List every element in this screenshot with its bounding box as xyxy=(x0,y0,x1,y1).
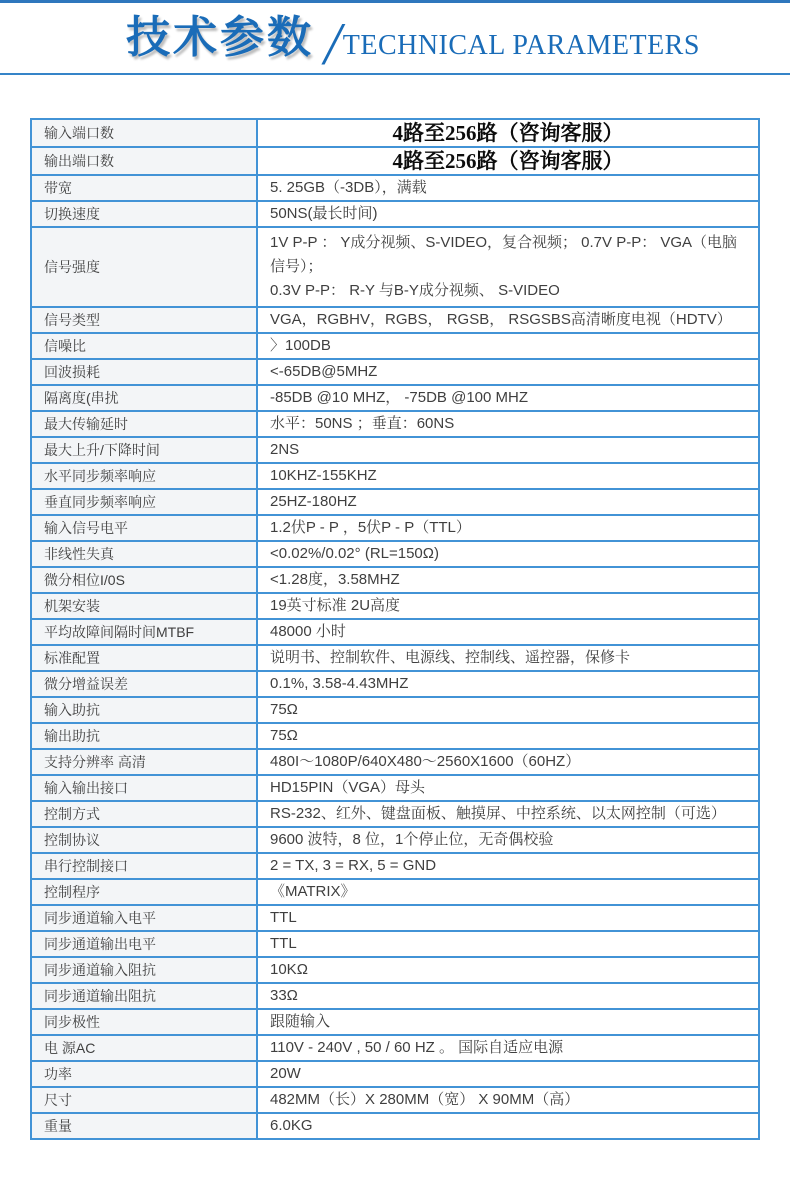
param-label: 输入助抗 xyxy=(31,697,257,723)
param-value: 〉100DB xyxy=(257,333,759,359)
param-value: 2 = TX, 3 = RX, 5 = GND xyxy=(257,853,759,879)
spec-row: 同步通道输出电平TTL xyxy=(31,931,759,957)
param-value: 4路至256路（咨询客服） xyxy=(257,119,759,147)
param-label: 信号类型 xyxy=(31,307,257,333)
param-value: 25HZ-180HZ xyxy=(257,489,759,515)
param-value: 水平：50NS ；垂直：60NS xyxy=(257,411,759,437)
param-value: 19英寸标准 2U高度 xyxy=(257,593,759,619)
spec-row: 信号类型VGA，RGBHV，RGBS， RGSB， RSGSBS高清晰度电视（H… xyxy=(31,307,759,333)
spec-row: 输出助抗75Ω xyxy=(31,723,759,749)
param-value: <0.02%/0.02° (RL=150Ω) xyxy=(257,541,759,567)
page-title-chinese: 技术参数 xyxy=(126,16,314,60)
page-title-english: TECHNICAL PARAMETERS xyxy=(343,32,700,60)
param-value: 20W xyxy=(257,1061,759,1087)
param-label: 电 源AC xyxy=(31,1035,257,1061)
param-value: 482MM（长）X 280MM（宽） X 90MM（高） xyxy=(257,1087,759,1113)
param-value: 75Ω xyxy=(257,697,759,723)
param-value: -85DB @10 MHZ， -75DB @100 MHZ xyxy=(257,385,759,411)
param-value: VGA，RGBHV，RGBS， RGSB， RSGSBS高清晰度电视（HDTV） xyxy=(257,307,759,333)
param-value: 48000 小时 xyxy=(257,619,759,645)
param-label: 同步通道输出阻抗 xyxy=(31,983,257,1009)
param-label: 隔离度(串扰 xyxy=(31,385,257,411)
param-label: 控制方式 xyxy=(31,801,257,827)
param-value: 2NS xyxy=(257,437,759,463)
param-value: 10KHZ-155KHZ xyxy=(257,463,759,489)
param-value: HD15PIN（VGA）母头 xyxy=(257,775,759,801)
param-label: 带宽 xyxy=(31,175,257,201)
param-value: 480I～1080P/640X480～2560X1600（60HZ） xyxy=(257,749,759,775)
param-label: 输出端口数 xyxy=(31,147,257,175)
param-label: 控制程序 xyxy=(31,879,257,905)
param-label: 输入信号电平 xyxy=(31,515,257,541)
param-label: 非线性失真 xyxy=(31,541,257,567)
spec-row: 重量6.0KG xyxy=(31,1113,759,1139)
spec-row: 电 源AC110V - 240V , 50 / 60 HZ 。 国际自适应电源 xyxy=(31,1035,759,1061)
spec-row: 微分增益误差0.1%, 3.58-4.43MHZ xyxy=(31,671,759,697)
spec-row: 平均故障间隔时间MTBF48000 小时 xyxy=(31,619,759,645)
param-value: 50NS(最长时间) xyxy=(257,201,759,227)
spec-row: 垂直同步频率响应25HZ-180HZ xyxy=(31,489,759,515)
spec-row: 标准配置说明书、控制软件、电源线、控制线、遥控器，保修卡 xyxy=(31,645,759,671)
spec-row: 同步通道输出阻抗33Ω xyxy=(31,983,759,1009)
spec-table: 输入端口数4路至256路（咨询客服）输出端口数4路至256路（咨询客服）带宽5.… xyxy=(30,118,760,1140)
param-label: 串行控制接口 xyxy=(31,853,257,879)
param-value: 9600 波特，8 位，1个停止位，无奇偶校验 xyxy=(257,827,759,853)
param-label: 同步通道输出电平 xyxy=(31,931,257,957)
spec-row: 机架安装19英寸标准 2U高度 xyxy=(31,593,759,619)
param-value: 10KΩ xyxy=(257,957,759,983)
param-label: 平均故障间隔时间MTBF xyxy=(31,619,257,645)
param-label: 最大上升/下降时间 xyxy=(31,437,257,463)
spec-row: 切换速度50NS(最长时间) xyxy=(31,201,759,227)
param-value: 33Ω xyxy=(257,983,759,1009)
page: 技术参数 / TECHNICAL PARAMETERS 输入端口数4路至256路… xyxy=(0,0,790,1140)
spec-row: 输入信号电平1.2伏P - P ，5伏P - P（TTL） xyxy=(31,515,759,541)
spec-row: 功率20W xyxy=(31,1061,759,1087)
param-label: 微分相位I/0S xyxy=(31,567,257,593)
spec-row: 水平同步频率响应10KHZ-155KHZ xyxy=(31,463,759,489)
param-label: 同步极性 xyxy=(31,1009,257,1035)
param-label: 同步通道输入电平 xyxy=(31,905,257,931)
param-label: 信噪比 xyxy=(31,333,257,359)
param-value: 1.2伏P - P ，5伏P - P（TTL） xyxy=(257,515,759,541)
spec-row: 同步通道输入电平TTL xyxy=(31,905,759,931)
param-label: 水平同步频率响应 xyxy=(31,463,257,489)
param-value: TTL xyxy=(257,931,759,957)
param-value: 6.0KG xyxy=(257,1113,759,1139)
spec-row: 尺寸482MM（长）X 280MM（宽） X 90MM（高） xyxy=(31,1087,759,1113)
slash-divider: / xyxy=(324,19,341,70)
spec-row: 同步通道输入阻抗10KΩ xyxy=(31,957,759,983)
param-label: 标准配置 xyxy=(31,645,257,671)
param-value: 110V - 240V , 50 / 60 HZ 。 国际自适应电源 xyxy=(257,1035,759,1061)
spec-row: 输入助抗75Ω xyxy=(31,697,759,723)
param-label: 微分增益误差 xyxy=(31,671,257,697)
param-label: 尺寸 xyxy=(31,1087,257,1113)
header: 技术参数 / TECHNICAL PARAMETERS xyxy=(0,3,790,73)
param-label: 重量 xyxy=(31,1113,257,1139)
spec-row: 带宽5. 25GB（-3DB），满载 xyxy=(31,175,759,201)
spec-row: 最大传输延时水平：50NS ；垂直：60NS xyxy=(31,411,759,437)
param-label: 切换速度 xyxy=(31,201,257,227)
param-label: 控制协议 xyxy=(31,827,257,853)
spec-row: 串行控制接口2 = TX, 3 = RX, 5 = GND xyxy=(31,853,759,879)
spec-row: 控制协议9600 波特，8 位，1个停止位，无奇偶校验 xyxy=(31,827,759,853)
param-value: 0.1%, 3.58-4.43MHZ xyxy=(257,671,759,697)
spec-row: 输入输出接口HD15PIN（VGA）母头 xyxy=(31,775,759,801)
param-label: 功率 xyxy=(31,1061,257,1087)
param-value: 跟随输入 xyxy=(257,1009,759,1035)
param-label: 信号强度 xyxy=(31,227,257,307)
param-label: 输出助抗 xyxy=(31,723,257,749)
param-label: 输入输出接口 xyxy=(31,775,257,801)
spec-row: 输出端口数4路至256路（咨询客服） xyxy=(31,147,759,175)
param-value: <1.28度，3.58MHZ xyxy=(257,567,759,593)
param-value: 《MATRIX》 xyxy=(257,879,759,905)
param-value: 4路至256路（咨询客服） xyxy=(257,147,759,175)
param-value: TTL xyxy=(257,905,759,931)
param-label: 垂直同步频率响应 xyxy=(31,489,257,515)
param-value: 说明书、控制软件、电源线、控制线、遥控器，保修卡 xyxy=(257,645,759,671)
param-label: 机架安装 xyxy=(31,593,257,619)
spec-row: 支持分辨率 高清480I～1080P/640X480～2560X1600（60H… xyxy=(31,749,759,775)
spec-row: 微分相位I/0S<1.28度，3.58MHZ xyxy=(31,567,759,593)
param-value: 75Ω xyxy=(257,723,759,749)
param-value: 1V P-P ： Y成分视频、S-VIDEO，复合视频； 0.7V P-P： V… xyxy=(257,227,759,307)
spec-row: 同步极性跟随输入 xyxy=(31,1009,759,1035)
spec-row: 最大上升/下降时间2NS xyxy=(31,437,759,463)
spec-row: 控制方式RS-232、红外、键盘面板、触摸屏、中控系统、以太网控制（可选） xyxy=(31,801,759,827)
spec-row: 回波损耗<-65DB@5MHZ xyxy=(31,359,759,385)
param-label: 同步通道输入阻抗 xyxy=(31,957,257,983)
param-value: <-65DB@5MHZ xyxy=(257,359,759,385)
spec-row: 控制程序《MATRIX》 xyxy=(31,879,759,905)
param-value: RS-232、红外、键盘面板、触摸屏、中控系统、以太网控制（可选） xyxy=(257,801,759,827)
param-label: 回波损耗 xyxy=(31,359,257,385)
spec-row: 输入端口数4路至256路（咨询客服） xyxy=(31,119,759,147)
param-label: 输入端口数 xyxy=(31,119,257,147)
spec-row: 信噪比〉100DB xyxy=(31,333,759,359)
param-label: 支持分辨率 高清 xyxy=(31,749,257,775)
header-divider-line xyxy=(0,73,790,75)
param-label: 最大传输延时 xyxy=(31,411,257,437)
spec-table-body: 输入端口数4路至256路（咨询客服）输出端口数4路至256路（咨询客服）带宽5.… xyxy=(31,119,759,1139)
spec-row: 信号强度1V P-P ： Y成分视频、S-VIDEO，复合视频； 0.7V P-… xyxy=(31,227,759,307)
spec-row: 非线性失真<0.02%/0.02° (RL=150Ω) xyxy=(31,541,759,567)
param-value: 5. 25GB（-3DB），满载 xyxy=(257,175,759,201)
spec-row: 隔离度(串扰-85DB @10 MHZ， -75DB @100 MHZ xyxy=(31,385,759,411)
